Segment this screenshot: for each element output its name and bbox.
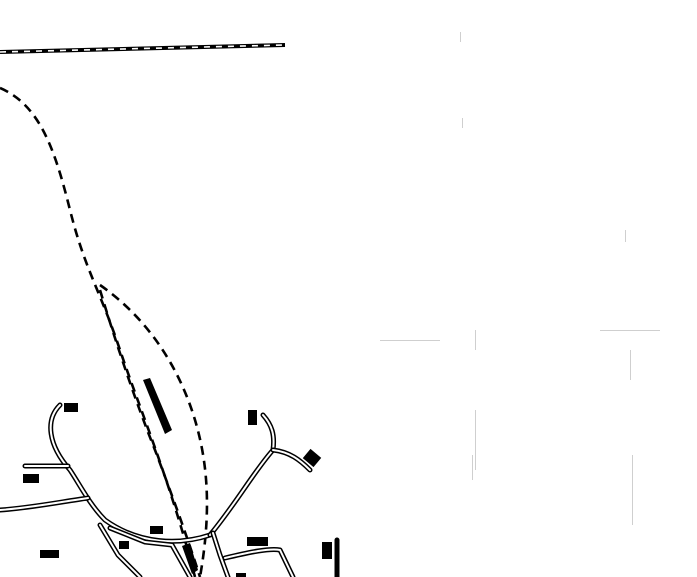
building (150, 526, 163, 534)
railway-line (0, 45, 285, 52)
building (119, 541, 129, 549)
map-canvas[interactable] (0, 0, 697, 577)
building (40, 550, 59, 558)
flight-path-corridor (0, 88, 207, 577)
map-speckle (380, 32, 660, 525)
building (64, 403, 78, 412)
building (322, 542, 332, 559)
building (247, 537, 268, 546)
building (248, 410, 257, 425)
building (23, 474, 39, 483)
building (236, 573, 246, 577)
